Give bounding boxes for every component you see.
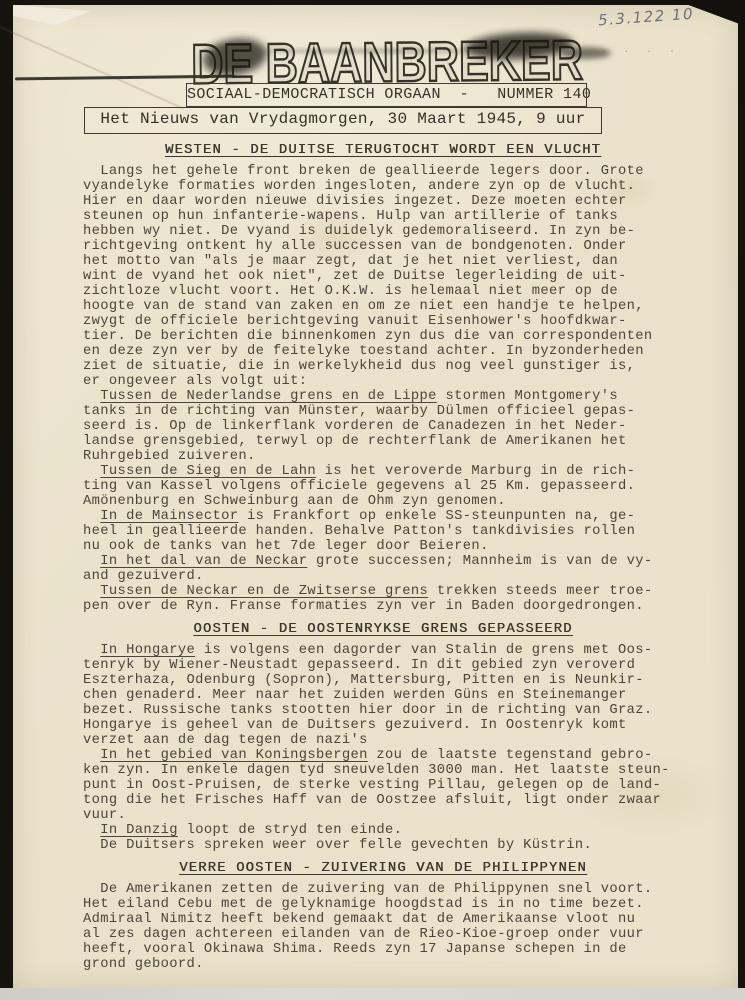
article: WESTEN - DE DUITSE TERUGTOCHT WORDT EEN … bbox=[83, 141, 683, 972]
body-line: richtgeving ontkent hy alle successen va… bbox=[83, 239, 683, 254]
body-line: In het gebied van Koningsbergen zou de l… bbox=[83, 748, 683, 763]
body-line: and gezuiverd. bbox=[83, 569, 683, 584]
body-line: In het dal van de Neckar grote successen… bbox=[83, 554, 683, 569]
body-line: Hier en daar worden nieuwe divisies inge… bbox=[83, 194, 683, 209]
scanned-newspaper-page: DE BAANBREKER SOCIAAL-DEMOCRATISCH ORGAA… bbox=[0, 0, 745, 1000]
body-line: Hongarye is geheel van de Duitsers gezui… bbox=[83, 718, 683, 733]
underlined-lead: Tussen de Nederlandse grens en de Lippe bbox=[100, 389, 437, 404]
pen-scribble: . . . . . bbox=[578, 45, 688, 51]
body-line: heel in geallieerde handen. Behalve Patt… bbox=[83, 524, 683, 539]
body-line: het motto van "als je maar zegt, dat je … bbox=[83, 254, 683, 269]
body-line: ting van Kassel volgens officiele gegeve… bbox=[83, 479, 683, 494]
masthead-subtitle: SOCIAAL-DEMOCRATISCH ORGAAN - NUMMER 140 bbox=[186, 83, 587, 107]
body-line: In de Mainsector is Frankfort op enkele … bbox=[83, 509, 683, 524]
body-line: Tussen de Sieg en de Lahn is het verover… bbox=[83, 464, 683, 479]
scan-bottom-edge bbox=[0, 988, 745, 1000]
paper-sheet: DE BAANBREKER SOCIAAL-DEMOCRATISCH ORGAA… bbox=[13, 5, 738, 988]
body-line: tier. De berichten die binnenkomen zyn d… bbox=[83, 329, 683, 344]
underlined-lead: Tussen de Neckar en de Zwitserse grens bbox=[100, 584, 428, 599]
body-line: wint de vyand het ook niet", zet de Duit… bbox=[83, 269, 683, 284]
body-line: Admiraal Nimitz heeft bekend gemaakt dat… bbox=[83, 912, 683, 927]
underlined-lead: In het gebied van Koningsbergen bbox=[100, 748, 368, 763]
underlined-lead: Tussen de Sieg en de Lahn bbox=[100, 464, 316, 479]
body-line: In Hongarye is volgens een dagorder van … bbox=[83, 643, 683, 658]
body-line: al zes dagen achtereen eilanden van de R… bbox=[83, 927, 683, 942]
body-line: vyandelyke formaties worden ingesloten, … bbox=[83, 179, 683, 194]
body-line: zichtloze vlucht voort. Het O.K.W. is he… bbox=[83, 284, 683, 299]
section-heading: VERRE OOSTEN - ZUIVERING VAN DE PHILIPPY… bbox=[83, 861, 683, 876]
body-line: Amönenburg en Schweinburg aan de Ohm zyn… bbox=[83, 494, 683, 509]
section-heading: WESTEN - DE DUITSE TERUGTOCHT WORDT EEN … bbox=[83, 143, 683, 158]
body-line: ziet de situatie, die in werkelykheid du… bbox=[83, 359, 683, 374]
body-line: hoogte van de stand van zaken en om ze n… bbox=[83, 299, 683, 314]
ink-smudge bbox=[261, 49, 476, 53]
body-line: landse grensgebied, terwyl op de rechter… bbox=[83, 434, 683, 449]
body-line: bezet. Russische tanks stootten hier doo… bbox=[83, 703, 683, 718]
torn-corner bbox=[13, 5, 91, 25]
body-line: Tussen de Nederlandse grens en de Lippe … bbox=[83, 389, 683, 404]
body-line: Het eiland Cebu met de gelyknamige hoogd… bbox=[83, 897, 683, 912]
body-line: grond geboord. bbox=[83, 957, 683, 972]
masthead-dateline: Het Nieuws van Vrydagmorgen, 30 Maart 19… bbox=[84, 107, 602, 134]
underlined-lead: In het dal van de Neckar bbox=[100, 554, 307, 569]
body-line: hebben wy niet. De vyand is duidelyk ged… bbox=[83, 224, 683, 239]
body-line: seerd is. Op de linkerflank vorderen de … bbox=[83, 419, 683, 434]
body-line: steunen op hun infanterie-wapens. Hulp v… bbox=[83, 209, 683, 224]
body-line: Eszterhaza, Odenburg (Sopron), Mattersbu… bbox=[83, 673, 683, 688]
body-line: tong die het Frisches Haff van de Oostze… bbox=[83, 793, 683, 808]
scan-corner-shadow bbox=[675, 0, 745, 26]
section-heading: OOSTEN - DE OOSTENRYKSE GRENS GEPASSEERD bbox=[83, 622, 683, 637]
body-line: nu ook de tanks van het 7de leger door B… bbox=[83, 539, 683, 554]
underlined-lead: In de Mainsector bbox=[100, 509, 238, 524]
body-line: Tussen de Neckar en de Zwitserse grens t… bbox=[83, 584, 683, 599]
body-line: zwygt de officiele berichtgeving vanuit … bbox=[83, 314, 683, 329]
body-line: De Amerikanen zetten de zuivering van de… bbox=[83, 882, 683, 897]
body-line: er ongeveer als volgt uit: bbox=[83, 374, 683, 389]
body-line: Ruhrgebied zuiveren. bbox=[83, 449, 683, 464]
body-line: Langs het gehele front breken de geallie… bbox=[83, 164, 683, 179]
paper-crease bbox=[0, 22, 184, 109]
body-line: chen genaderd. Meer naar het zuiden werd… bbox=[83, 688, 683, 703]
underlined-lead: In Danzig bbox=[100, 823, 178, 838]
body-line: pen over de Ryn. Franse formaties zyn ve… bbox=[83, 599, 683, 614]
body-line: tenryk by Wiener-Neustadt gepasseerd. In… bbox=[83, 658, 683, 673]
body-line: en deze zyn ver by de feitelyke toestand… bbox=[83, 344, 683, 359]
body-line: vuur. bbox=[83, 808, 683, 823]
body-line: heeft, vooral Okinawa Shima. Reeds zyn 1… bbox=[83, 942, 683, 957]
body-line: In Danzig loopt de stryd ten einde. bbox=[83, 823, 683, 838]
body-line: De Duitsers spreken weer over felle geve… bbox=[83, 838, 683, 853]
body-line: tanks in de richting van Münster, waarby… bbox=[83, 404, 683, 419]
underlined-lead: In Hongarye bbox=[100, 643, 195, 658]
body-line: ken zyn. In enkele dagen tyd sneuvelden … bbox=[83, 763, 683, 778]
body-line: punt in Oost-Pruisen, de sterke vesting … bbox=[83, 778, 683, 793]
body-line: verzet aan de dag tegen de nazi's bbox=[83, 733, 683, 748]
